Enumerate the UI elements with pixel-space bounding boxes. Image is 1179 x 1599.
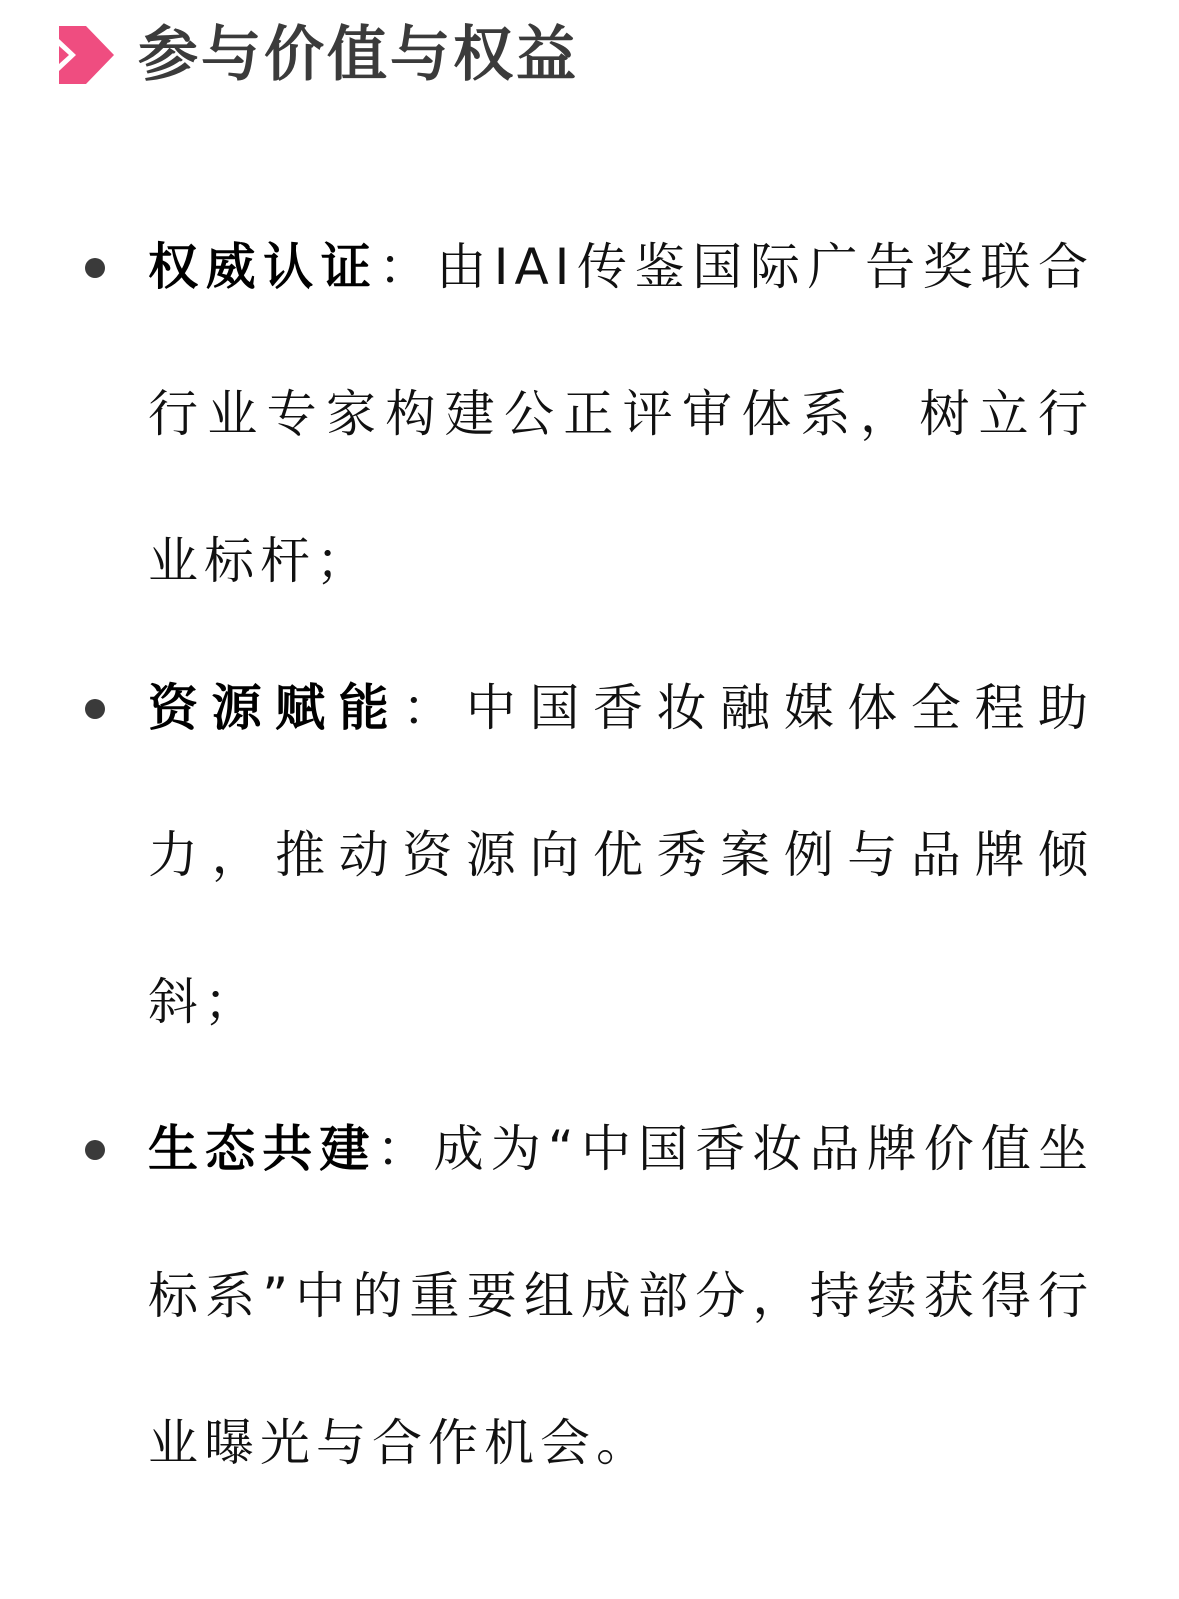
benefit-text: 权威认证：由IAI传鉴国际广告奖联合行业专家构建公正评审体系，树立行业标杆； [148, 194, 1094, 635]
section-title: 参与价值与权益 [138, 22, 579, 88]
benefit-colon: ： [402, 679, 466, 737]
benefit-label: 生态共建 [148, 1120, 377, 1178]
benefit-item-ecosystem: 生态共建：成为“中国香妆品牌价值坐标系”中的重要组成部分，持续获得行业曝光与合作… [0, 1076, 1179, 1517]
bullet-icon [85, 699, 105, 719]
section-header: 参与价值与权益 [59, 22, 579, 88]
bullet-icon [85, 258, 105, 278]
benefit-colon: ： [377, 1120, 434, 1178]
benefit-item-authority: 权威认证：由IAI传鉴国际广告奖联合行业专家构建公正评审体系，树立行业标杆； [0, 194, 1179, 635]
benefit-text: 生态共建：成为“中国香妆品牌价值坐标系”中的重要组成部分，持续获得行业曝光与合作… [148, 1076, 1094, 1517]
benefit-item-resources: 资源赋能：中国香妆融媒体全程助力，推动资源向优秀案例与品牌倾斜； [0, 635, 1179, 1076]
bullet-icon [85, 1140, 105, 1160]
benefit-label: 权威认证 [148, 238, 378, 296]
benefit-text: 资源赋能：中国香妆融媒体全程助力，推动资源向优秀案例与品牌倾斜； [148, 635, 1094, 1076]
benefit-list: 权威认证：由IAI传鉴国际广告奖联合行业专家构建公正评审体系，树立行业标杆； 资… [0, 194, 1179, 1517]
double-chevron-right-icon [59, 26, 114, 84]
benefit-colon: ： [378, 238, 436, 296]
benefit-label: 资源赋能 [148, 679, 402, 737]
